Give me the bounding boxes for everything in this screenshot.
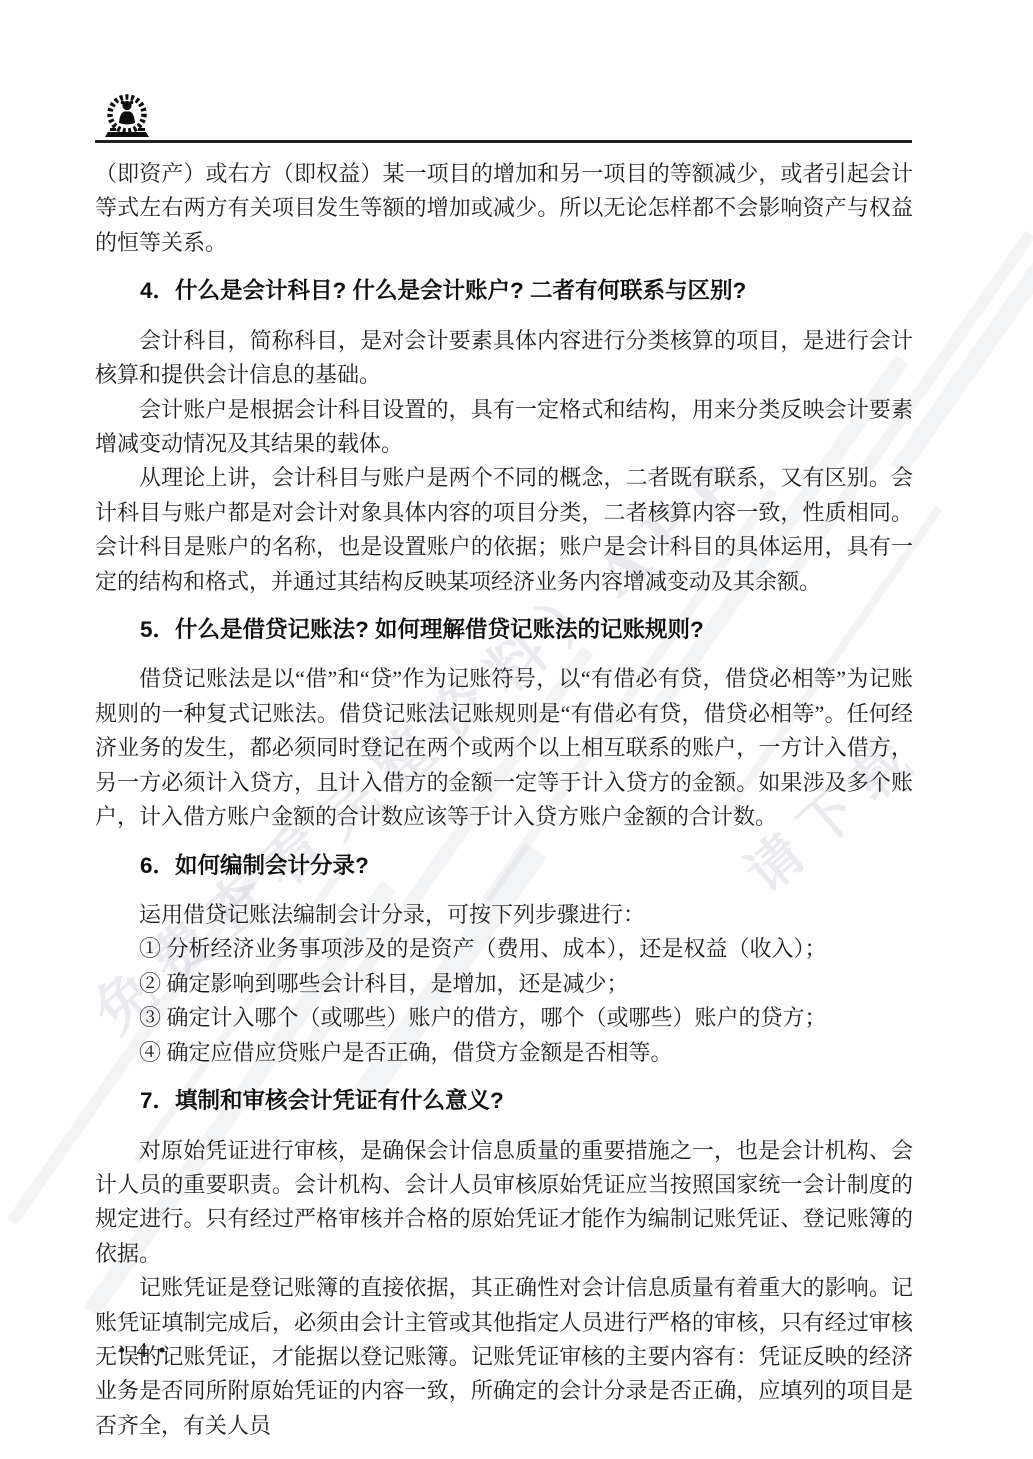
paragraph: 从理论上讲，会计科目与账户是两个不同的概念，二者既有联系，又有区别。会计科目与账… <box>95 461 913 599</box>
question-heading-5: 5．什么是借贷记账法? 如何理解借贷记账法的记账规则? <box>95 613 913 648</box>
step-item-1: ① 分析经济业务事项涉及的是资产（费用、成本），还是权益（收入）； <box>95 932 913 966</box>
paragraph: 会计科目，简称科目，是对会计要素具体内容进行分类核算的项目，是进行会计核算和提供… <box>95 324 913 393</box>
paragraph: 记账凭证是登记账簿的直接依据，其正确性对会计信息质量有着重大的影响。记账凭证填制… <box>95 1271 913 1443</box>
paragraph: 会计账户是根据会计科目设置的，具有一定格式和结构，用来分类反映会计要素增减变动情… <box>95 393 913 462</box>
page-content: （即资产）或右方（即权益）某一项目的增加和另一项目的等额减少，或者引起会计等式左… <box>95 157 913 1443</box>
header-rule <box>95 140 912 143</box>
paragraph: 对原始凭证进行审核，是确保会计信息质量的重要措施之一，也是会计机构、会计人员的重… <box>95 1134 913 1272</box>
question-heading-4: 4．什么是会计科目? 什么是会计账户? 二者有何联系与区别? <box>95 274 913 309</box>
step-item-3: ③ 确定计入哪个（或哪些）账户的借方，哪个（或哪些）账户的贷方； <box>95 1001 913 1035</box>
question-heading-7: 7．填制和审核会计凭证有什么意义? <box>95 1084 913 1119</box>
step-item-4: ④ 确定应借应贷账户是否正确，借贷方金额是否相等。 <box>95 1036 913 1070</box>
question-heading-6: 6．如何编制会计分录? <box>95 849 913 884</box>
paragraph-continuation: （即资产）或右方（即权益）某一项目的增加和另一项目的等额减少，或者引起会计等式左… <box>95 157 913 260</box>
page-number: • 4 • <box>118 1338 169 1363</box>
publisher-logo <box>94 90 162 146</box>
paragraph: 运用借贷记账法编制会计分录，可按下列步骤进行： <box>95 898 913 932</box>
publisher-logo-icon <box>94 90 162 146</box>
document-page: 免费查看完整资料）APP 请下载 （即资产）或右方（即权益）某一项目的增加和另一… <box>0 0 1033 1459</box>
step-item-2: ② 确定影响到哪些会计科目，是增加，还是减少； <box>95 967 913 1001</box>
paragraph: 借贷记账法是以“借”和“贷”作为记账符号，以“有借必有贷，借贷必相等”为记账规则… <box>95 662 913 834</box>
